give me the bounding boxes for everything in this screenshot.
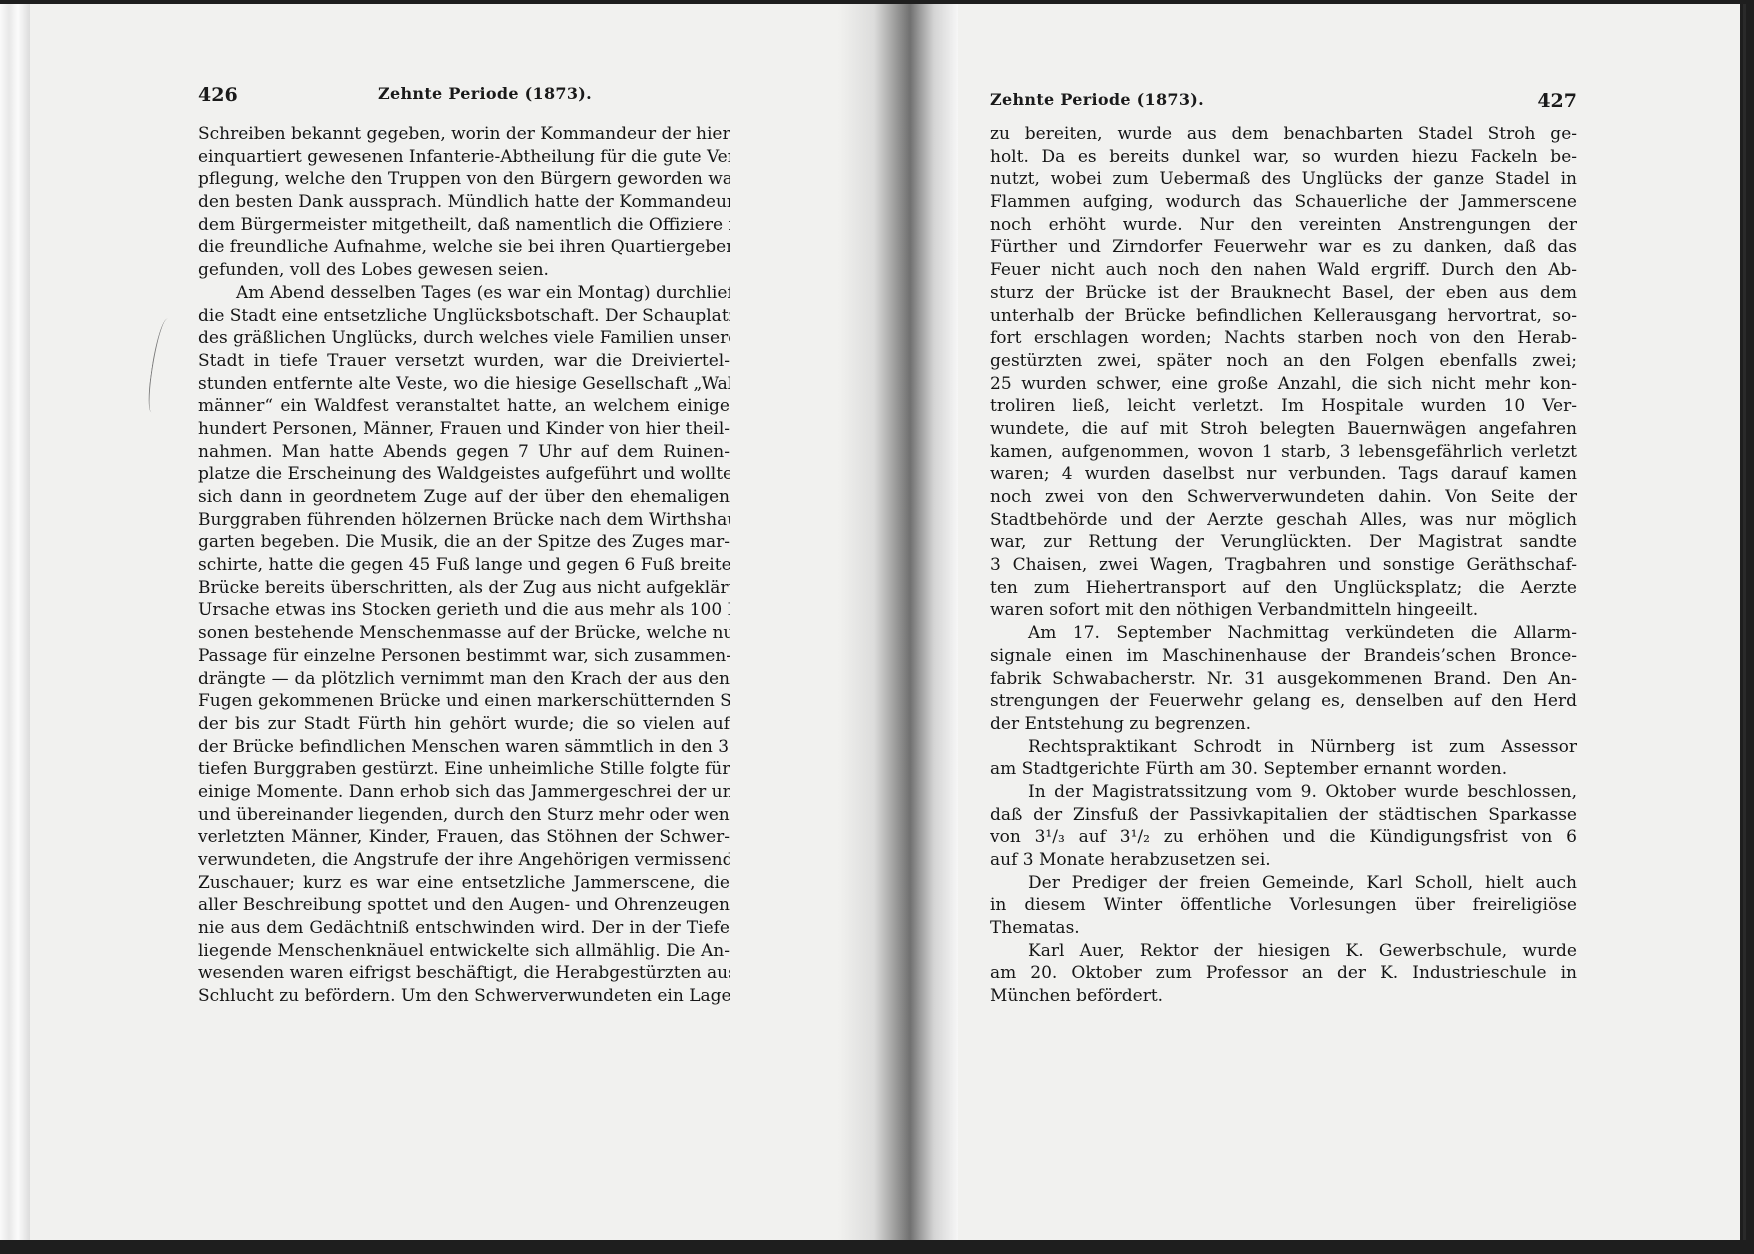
text-line: sich dann in geordnetem Zuge auf der übe… [198, 486, 730, 509]
text-line: Ursache etwas ins Stocken gerieth und di… [198, 599, 730, 622]
text-line: wesenden waren eifrigst beschäftigt, die… [198, 962, 730, 985]
text-line: aller Beschreibung spottet und den Augen… [198, 894, 730, 917]
text-line: noch erhöht wurde. Nur den vereinten Ans… [990, 214, 1577, 237]
text-line: einige Momente. Dann erhob sich das Jamm… [198, 781, 730, 804]
text-line: war, zur Rettung der Verunglückten. Der … [990, 531, 1577, 554]
text-line: daß der Zinsfuß der Passivkapitalien der… [990, 804, 1577, 827]
page-number: 427 [1537, 90, 1577, 112]
text-line: fort erschlagen worden; Nachts starben n… [990, 327, 1577, 350]
text-line: Karl Auer, Rektor der hiesigen K. Gewerb… [990, 940, 1577, 963]
text-line: drängte — da plötzlich vernimmt man den … [198, 668, 730, 691]
text-line: waren sofort mit den nöthigen Verbandmit… [990, 599, 1577, 622]
text-line: Burggraben führenden hölzernen Brücke na… [198, 509, 730, 532]
text-line: 25 wurden schwer, eine große Anzahl, die… [990, 373, 1577, 396]
text-line: männer“ ein Waldfest veranstaltet hatte,… [198, 395, 730, 418]
running-title: Zehnte Periode (1873). [378, 84, 592, 103]
text-line: nie aus dem Gedächtniß entschwinden wird… [198, 917, 730, 940]
text-line: zu bereiten, wurde aus dem benachbarten … [990, 123, 1577, 146]
text-line: waren; 4 wurden daselbst nur verbunden. … [990, 463, 1577, 486]
text-line: der Brücke befindlichen Menschen waren s… [198, 736, 730, 759]
running-title: Zehnte Periode (1873). [990, 90, 1204, 109]
text-line: verwundeten, die Angstrufe der ihre Ange… [198, 849, 730, 872]
text-line: auf 3 Monate herabzusetzen sei. [990, 849, 1577, 872]
text-line: am 20. Oktober zum Professor an der K. I… [990, 962, 1577, 985]
running-head: Zehnte Periode (1873). 427 [990, 84, 1577, 108]
text-line: Zuschauer; kurz es war eine entsetzliche… [198, 872, 730, 895]
text-line: platze die Erscheinung des Waldgeistes a… [198, 463, 730, 486]
text-line: der Entstehung zu begrenzen. [990, 713, 1577, 736]
text-line: 3 Chaisen, zwei Wagen, Tragbahren und so… [990, 554, 1577, 577]
text-line: signale einen im Maschinenhause der Bran… [990, 645, 1577, 668]
page-body: Schreiben bekannt gegeben, worin der Kom… [198, 123, 730, 1008]
text-line: einquartiert gewesenen Infanterie-Abthei… [198, 146, 730, 169]
text-line: Der Prediger der freien Gemeinde, Karl S… [990, 872, 1577, 895]
text-line: holt. Da es bereits dunkel war, so wurde… [990, 146, 1577, 169]
scan-border [1743, 4, 1746, 1240]
page-stack-edge [0, 4, 30, 1240]
text-line: stunden entfernte alte Veste, wo die hie… [198, 373, 730, 396]
text-line: und übereinander liegenden, durch den St… [198, 804, 730, 827]
text-line: am Stadtgerichte Fürth am 30. September … [990, 758, 1577, 781]
text-line: Stadtbehörde und der Aerzte geschah Alle… [990, 509, 1577, 532]
text-line: Brücke bereits überschritten, als der Zu… [198, 577, 730, 600]
text-line: ten zum Hiehertransport auf den Unglücks… [990, 577, 1577, 600]
text-line: in diesem Winter öffentliche Vorlesungen… [990, 894, 1577, 917]
text-line: garten begeben. Die Musik, die an der Sp… [198, 531, 730, 554]
text-line: In der Magistratssitzung vom 9. Oktober … [990, 781, 1577, 804]
text-line: sturz der Brücke ist der Brauknecht Base… [990, 282, 1577, 305]
text-line: wundete, die auf mit Stroh belegten Baue… [990, 418, 1577, 441]
text-line: der bis zur Stadt Fürth hin gehört wurde… [198, 713, 730, 736]
text-line: noch zwei von den Schwerverwundeten dahi… [990, 486, 1577, 509]
text-line: strengungen der Feuerwehr gelang es, den… [990, 690, 1577, 713]
text-line: Am Abend desselben Tages (es war ein Mon… [198, 282, 730, 305]
text-line: den besten Dank aussprach. Mündlich hatt… [198, 191, 730, 214]
text-line: Rechtspraktikant Schrodt in Nürnberg ist… [990, 736, 1577, 759]
text-line: des gräßlichen Unglücks, durch welches v… [198, 327, 730, 350]
text-line: hundert Personen, Männer, Frauen und Kin… [198, 418, 730, 441]
text-line: schirte, hatte die gegen 45 Fuß lange un… [198, 554, 730, 577]
text-line: gefunden, voll des Lobes gewesen seien. [198, 259, 730, 282]
text-line: die freundliche Aufnahme, welche sie bei… [198, 236, 730, 259]
text-line: fabrik Schwabacherstr. Nr. 31 ausgekomme… [990, 668, 1577, 691]
text-line: Fürther und Zirndorfer Feuerwehr war es … [990, 236, 1577, 259]
text-line: kamen, aufgenommen, wovon 1 starb, 3 leb… [990, 441, 1577, 464]
text-line: Feuer nicht auch noch den nahen Wald erg… [990, 259, 1577, 282]
text-line: Flammen aufging, wodurch das Schauerlich… [990, 191, 1577, 214]
page-body: zu bereiten, wurde aus dem benachbarten … [990, 123, 1577, 1008]
text-line: Am 17. September Nachmittag verkündeten … [990, 622, 1577, 645]
text-line: Fugen gekommenen Brücke und einen marker… [198, 690, 730, 713]
text-line: München befördert. [990, 985, 1577, 1008]
text-line: von 3¹/₃ auf 3¹/₂ zu erhöhen und die Kün… [990, 826, 1577, 849]
text-line: dem Bürgermeister mitgetheilt, daß namen… [198, 214, 730, 237]
text-line: liegende Menschenknäuel entwickelte sich… [198, 940, 730, 963]
text-line: sonen bestehende Menschenmasse auf der B… [198, 622, 730, 645]
text-line: unterhalb der Brücke befindlichen Keller… [990, 305, 1577, 328]
text-line: nahmen. Man hatte Abends gegen 7 Uhr auf… [198, 441, 730, 464]
running-head: 426 Zehnte Periode (1873). [198, 84, 730, 108]
text-line: die Stadt eine entsetzliche Unglücksbots… [198, 305, 730, 328]
text-line: Schreiben bekannt gegeben, worin der Kom… [198, 123, 730, 146]
text-line: troliren ließ, leicht verletzt. Im Hospi… [990, 395, 1577, 418]
text-line: Passage für einzelne Personen bestimmt w… [198, 645, 730, 668]
text-line: nutzt, wobei zum Uebermaß des Unglücks d… [990, 168, 1577, 191]
text-line: Schlucht zu befördern. Um den Schwerverw… [198, 985, 730, 1008]
book-gutter-shadow [838, 4, 958, 1240]
page-number: 426 [198, 84, 238, 106]
text-line: pflegung, welche den Truppen von den Bür… [198, 168, 730, 191]
text-line: Stadt in tiefe Trauer versetzt wurden, w… [198, 350, 730, 373]
text-line: tiefen Burggraben gestürzt. Eine unheiml… [198, 758, 730, 781]
text-line: verletzten Männer, Kinder, Frauen, das S… [198, 826, 730, 849]
text-line: gestürzten zwei, später noch an den Folg… [990, 350, 1577, 373]
text-line: Thematas. [990, 917, 1577, 940]
